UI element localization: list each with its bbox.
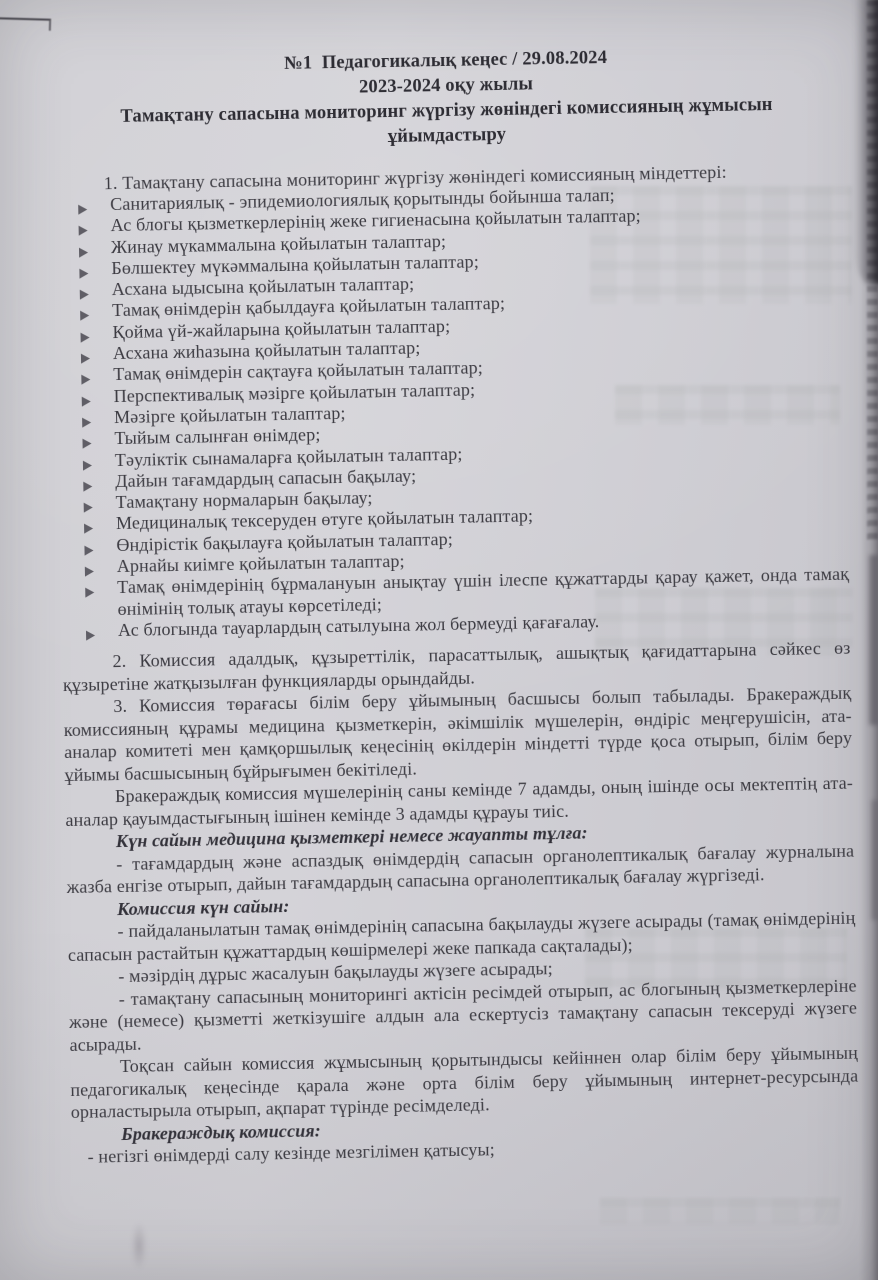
page-edge-streaks — [867, 0, 878, 540]
document-page: №1 Педагогикалық кеңес / 29.08.2024 2023… — [51, 42, 859, 1169]
arrow-bullet-icon — [86, 624, 95, 645]
page-edge-smudge — [871, 800, 878, 920]
list-item-text: Тыйым салынған өнімдер; — [114, 425, 320, 449]
document-title-block: №1 Педагогикалық кеңес / 29.08.2024 2023… — [51, 42, 841, 156]
arrow-bullet-icon — [85, 582, 94, 603]
paragraph: 3. Комиссия төрағасы білім беру ұйымының… — [63, 682, 853, 786]
scanned-document-photo: №1 Педагогикалық кеңес / 29.08.2024 2023… — [0, 0, 878, 1280]
list-item-text: Мәзірге қойылатын талаптар; — [114, 403, 346, 427]
body-paragraphs: 2. Комиссия адалдық, құзыреттілік, парас… — [62, 637, 859, 1169]
bleed-through-text — [600, 1198, 840, 1224]
page-edge-smudge — [869, 555, 878, 725]
page-corner-mark — [0, 17, 51, 31]
duties-list: Санитариялық - эпидемиологиялық қорытынд… — [54, 181, 850, 643]
paper-smudge — [128, 1212, 150, 1280]
